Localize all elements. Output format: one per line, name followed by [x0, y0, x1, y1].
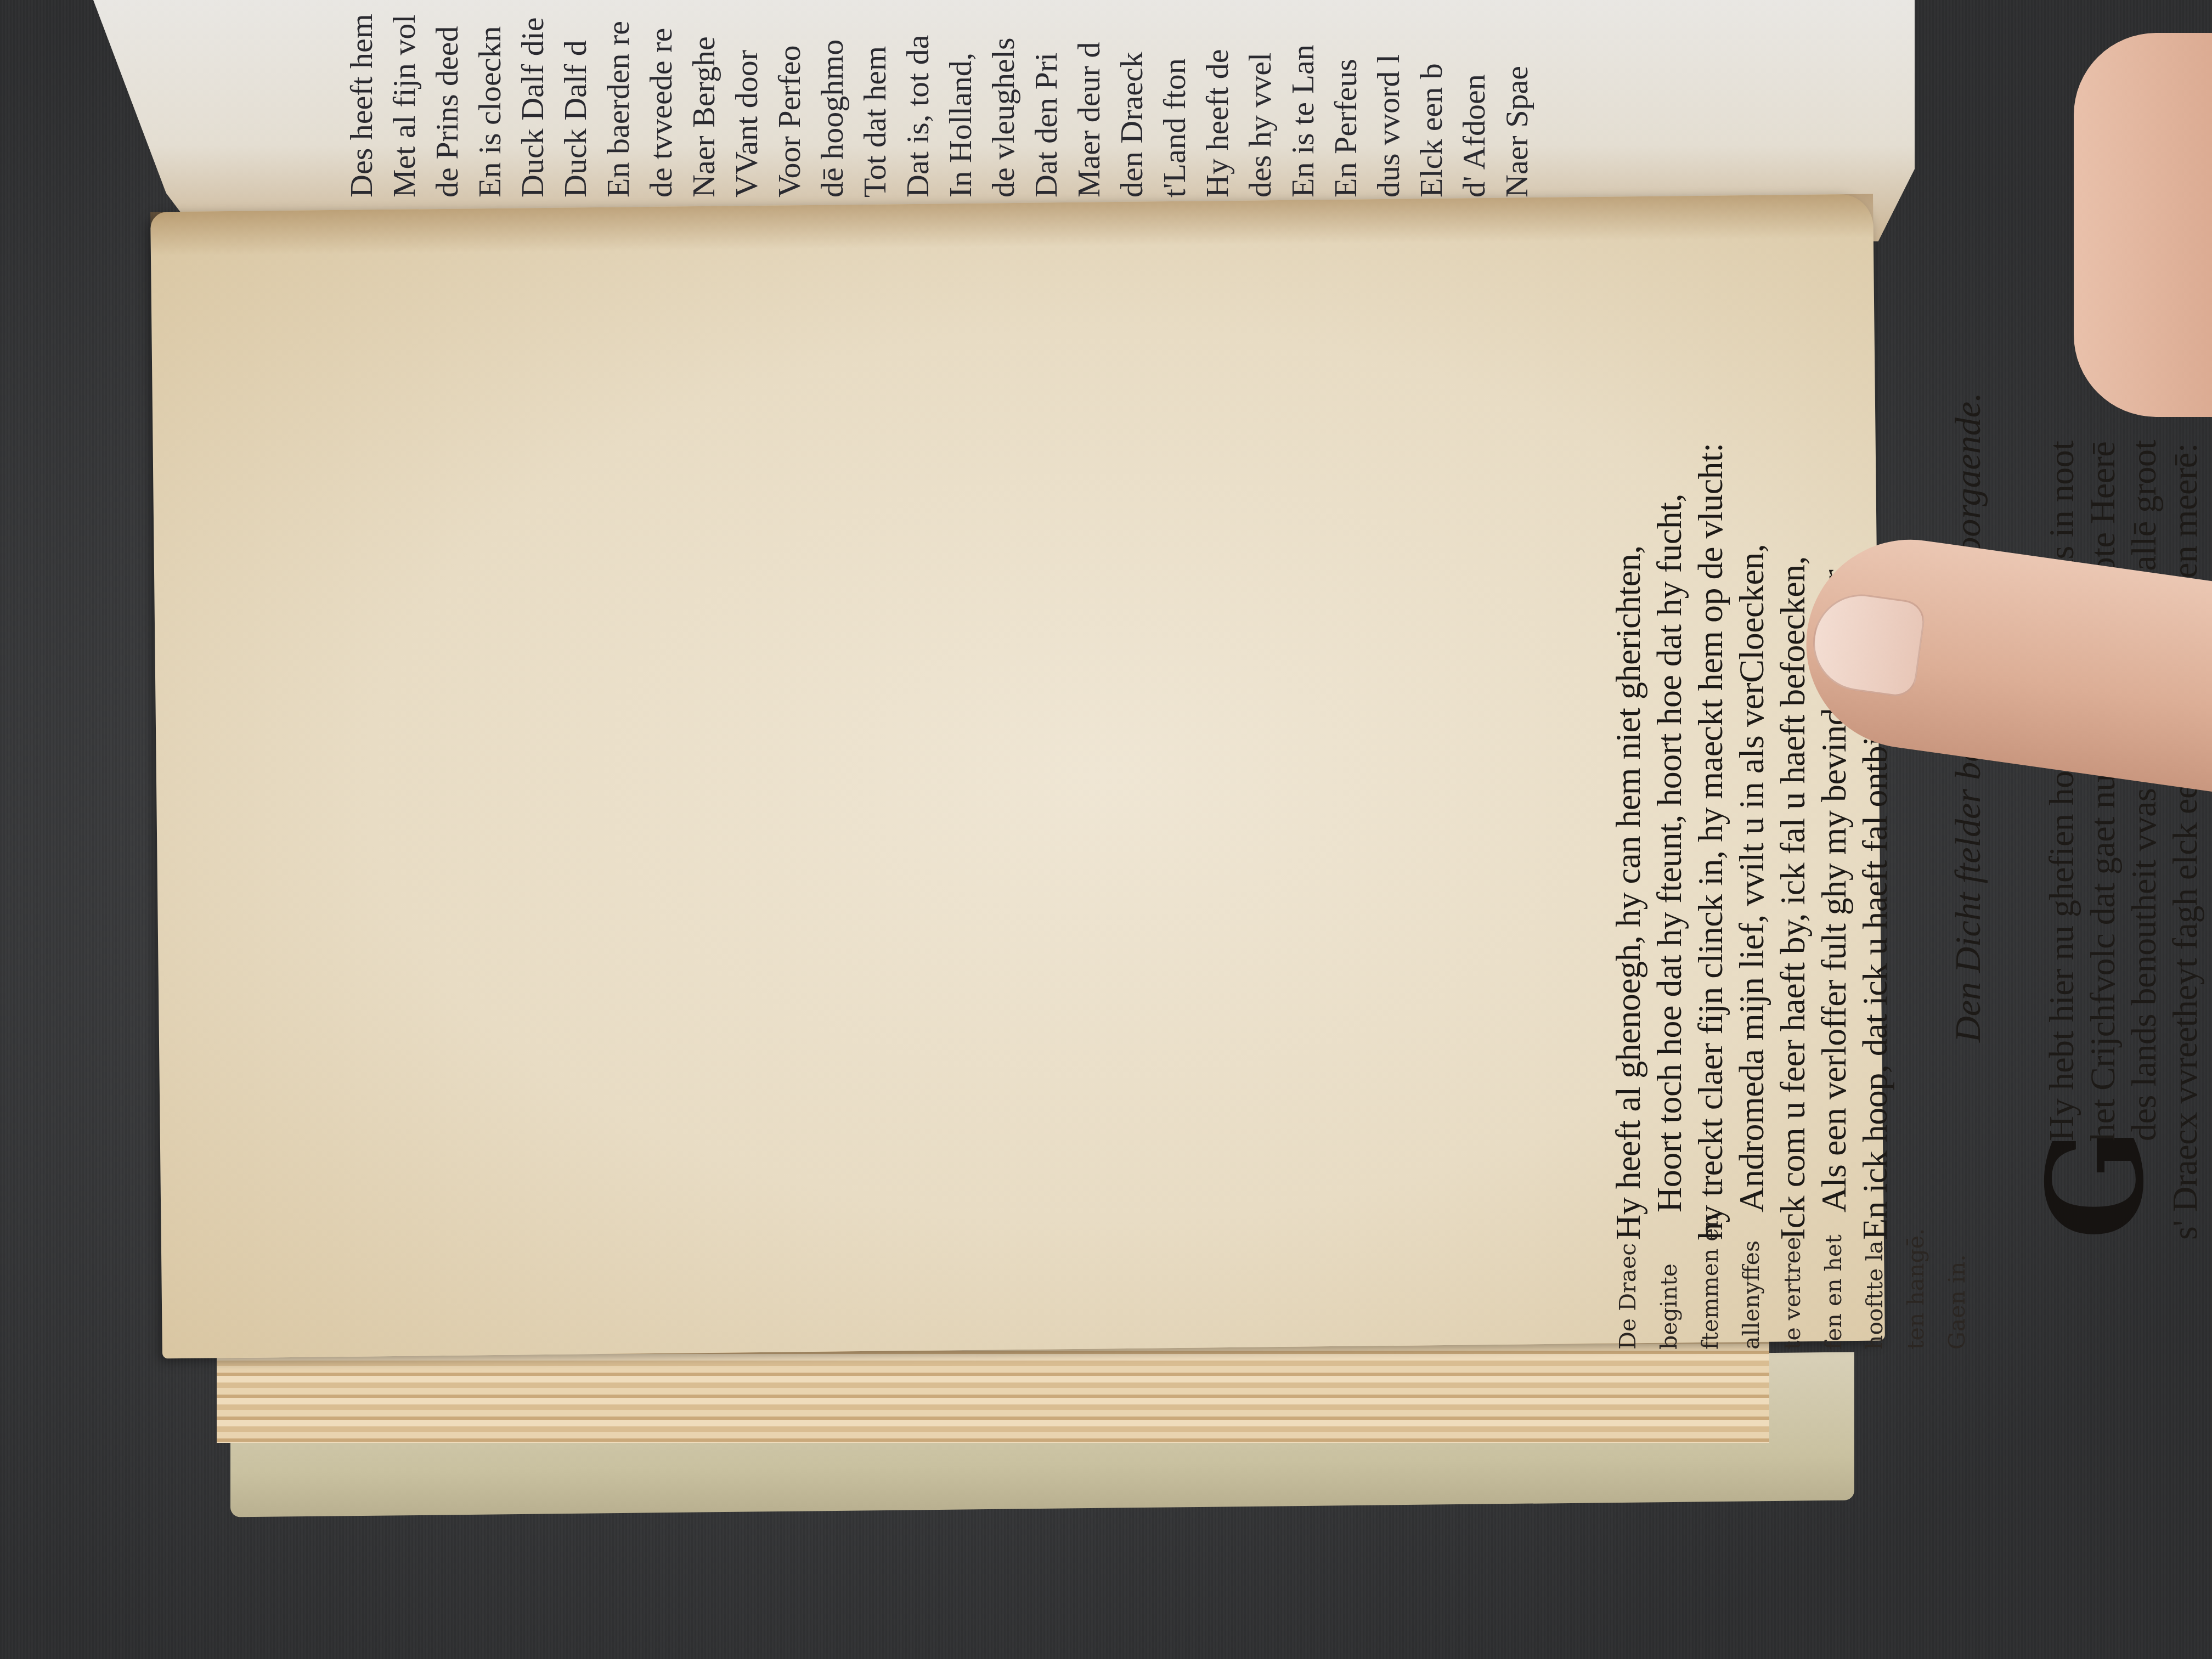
facing-line: de tvveede re	[640, 0, 682, 198]
verse-line: Andromeda mijn lief, vvilt u in als verC…	[1731, 252, 1772, 1240]
facing-line: Voor Perfeo	[768, 0, 811, 198]
margin-note: allenyffes	[1731, 1256, 1772, 1350]
facing-line: Maer deur d	[1068, 0, 1110, 198]
facing-line: Des heeft hem	[340, 0, 383, 198]
facing-line: des hy vvel	[1239, 0, 1282, 198]
margin-note: ftemmen en	[1690, 1256, 1731, 1350]
facing-line: En is te Lan	[1282, 0, 1324, 198]
verse-line: Ick com u feer haeft by, ick fal u haeft…	[1772, 252, 1813, 1240]
verse-line: Als een verloffer fult ghy my bevinden,,…	[1813, 252, 1854, 1240]
facing-line: Duck Dalf die	[511, 0, 554, 198]
margin-note: ten hangē.	[1895, 1256, 1937, 1350]
facing-line: En is cloeckn	[469, 0, 511, 198]
verse-line: Hy heeft al ghenoegh, hy can hem niet gh…	[1607, 252, 1649, 1240]
facing-line: Dat is, tot da	[896, 0, 939, 198]
facing-line: de vleughels	[982, 0, 1025, 198]
facing-line: den Draeck	[1110, 0, 1153, 198]
facing-line: In Holland,	[939, 0, 982, 198]
facing-line: dus vvord l	[1367, 0, 1410, 198]
facing-line: En baerden re	[597, 0, 640, 198]
facing-line: Duck Dalf d	[554, 0, 597, 198]
facing-line: Dat den Pri	[1025, 0, 1068, 198]
margin-note: te vertree	[1772, 1256, 1813, 1350]
facing-line: Naer Berghe	[682, 0, 725, 198]
facing-line: Elck een b	[1410, 0, 1453, 198]
facing-line: dē hooghmo	[811, 0, 854, 198]
verse-line: Hoort toch hoe dat hy fteunt, hoort hoe …	[1649, 252, 1690, 1240]
rotated-text-frame: De Draecbeginteftemmen enallenyffeste ve…	[1607, 252, 2212, 1350]
facing-line: Tot dat hem	[854, 0, 896, 198]
verse-line: hy treckt claer fijn clinck in, hy maeck…	[1690, 252, 1731, 1240]
margin-note: hooftte la	[1854, 1256, 1895, 1350]
facing-line: En Perfeus	[1324, 0, 1367, 198]
facing-line: Hy heeft de	[1196, 0, 1239, 198]
margin-note: fen en het	[1813, 1256, 1854, 1350]
margin-note: Gaen in.	[1937, 1256, 1978, 1350]
facing-line: Naer Spae	[1496, 0, 1538, 198]
stanza-1: Hy heeft al ghenoegh, hy can hem niet gh…	[1607, 252, 1895, 1240]
facing-page-text: Des heeft hemMet al fijn volde Prins dee…	[340, 0, 1547, 208]
facing-line: t'Land fton	[1153, 0, 1196, 198]
margin-notes: De Draecbeginteftemmen enallenyffeste ve…	[1607, 1256, 1978, 1350]
facing-line: de Prins deed	[426, 0, 469, 198]
facing-line: VVant door	[725, 0, 768, 198]
thumb	[2074, 33, 2212, 417]
facing-line: Met al fijn vol	[383, 0, 426, 198]
margin-note: De Draec	[1607, 1256, 1649, 1350]
facing-line: d' Afdoen	[1453, 0, 1496, 198]
margin-note: beginte	[1649, 1256, 1690, 1350]
